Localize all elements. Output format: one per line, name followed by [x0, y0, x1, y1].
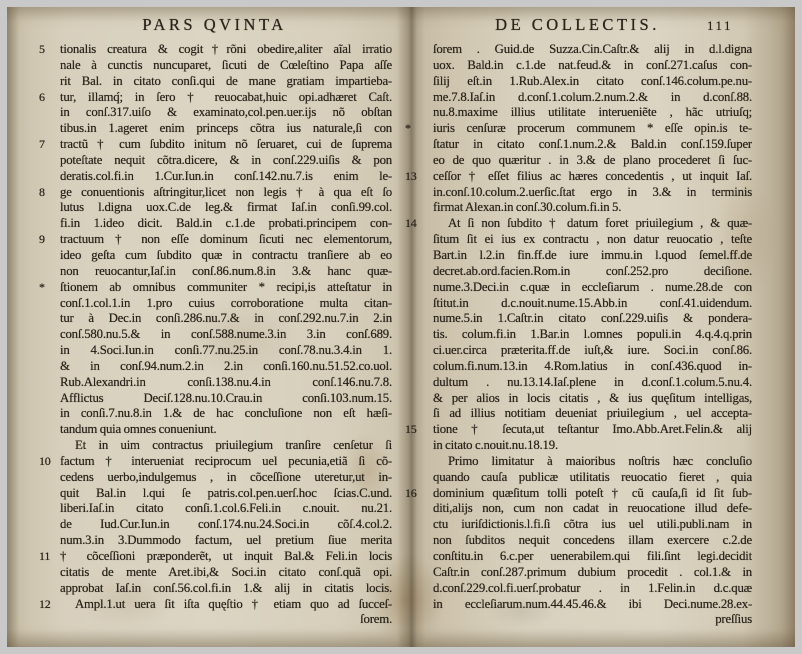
- margin-number: [403, 58, 433, 74]
- line-text: iuris cenſuræ procerum communem * eſſe o…: [433, 121, 752, 137]
- margin-number: [37, 422, 60, 438]
- line-text: ſilij eſt.in 1.Rub.Alex.in citato conſ.1…: [433, 74, 752, 90]
- right-page: DE COLLECTIS. 111 ſorem . Guid.de Suzza.…: [403, 15, 752, 628]
- margin-number: [403, 137, 433, 153]
- scan-frame: PARS QVINTA 5tionalis creatura & cogit†r…: [0, 0, 802, 654]
- margin-number: [403, 74, 433, 90]
- text-line: tibus.in 1.ageret enim princeps cõtra iu…: [37, 121, 392, 137]
- line-text: nale à cunctis nuncuparet, ſicuti de Cœl…: [60, 58, 392, 74]
- margin-number: [37, 153, 60, 169]
- margin-number: [403, 454, 433, 470]
- line-text: in 4.Soci.Iun.in conſi.77.nu.25.in conſ.…: [60, 343, 392, 359]
- text-line: non reuocantur,Iaſ.in conſ.86.num.8.in 3…: [37, 264, 392, 280]
- line-text: in conſi.7.nu.8.in 1.& de hac concluſion…: [60, 406, 392, 422]
- margin-number: 10: [37, 454, 60, 470]
- line-text: liberi.Iaſ.in citato conſi.1.col.6.Feli.…: [60, 501, 392, 517]
- text-line: in 4.Soci.Iun.in conſi.77.nu.25.in conſ.…: [37, 343, 392, 359]
- text-line: colum.fi.num.13.in 4.Rom.latius in conſ.…: [403, 359, 752, 375]
- margin-number: [403, 343, 433, 359]
- margin-number: 15: [403, 422, 433, 438]
- text-line: Afflictus Deciſ.128.nu.10.Crau.in conſi.…: [37, 391, 392, 407]
- margin-number: [403, 565, 433, 581]
- margin-number: [403, 248, 433, 264]
- text-line: in citato c.nouit.nu.18.19.: [403, 438, 752, 454]
- text-line: conſ.580.nu.5.& in conſ.588.nume.3.in 3.…: [37, 327, 392, 343]
- text-line: nume.5.in 1.Caſtr.in citato conſ.229.uiſ…: [403, 311, 752, 327]
- text-line: uox. Bald.in c.1.de nat.feud.& in conſ.2…: [403, 58, 752, 74]
- margin-number: [403, 359, 433, 375]
- text-line: Caſtr.in conſ.287.primum dubium procedit…: [403, 565, 752, 581]
- margin-number: [403, 105, 433, 121]
- text-line: conſtitu.in 6.c.per uenerabilem.qui fili…: [403, 549, 752, 565]
- line-text: tionalis creatura & cogit†rõni obedire,a…: [60, 42, 392, 58]
- margin-number: [37, 406, 60, 422]
- text-line: approbat Iaſ.in conſ.56.col.fi.in 1.& al…: [37, 581, 392, 597]
- line-text: ſi ad illius notitiam deueniat priuilegi…: [433, 406, 752, 422]
- text-line: & per alios in locis citatis , & ius quę…: [403, 391, 752, 407]
- text-line: tur à Dec.in conſi.286.nu.7.& in conſ.29…: [37, 311, 392, 327]
- margin-number: [37, 375, 60, 391]
- text-line: ſilij eſt.in 1.Rub.Alex.in citato conſ.1…: [403, 74, 752, 90]
- right-header-row: DE COLLECTIS. 111: [403, 15, 752, 42]
- text-line: ſitum ſit ei ius ex contractu , non datu…: [403, 232, 752, 248]
- text-line: ſtitut.in d.c.nouit.nume.15.Abb.in conſ.…: [403, 296, 752, 312]
- margin-number: [37, 248, 60, 264]
- margin-number: [403, 232, 433, 248]
- margin-number: [37, 327, 60, 343]
- line-text: tur à Dec.in conſi.286.nu.7.& in conſ.29…: [60, 311, 392, 327]
- text-line: non ſubditos nequit concedens illam exer…: [403, 533, 752, 549]
- text-line: 16dominium quæſitum tolli poteſt † cũ ca…: [403, 486, 752, 502]
- text-line: 5tionalis creatura & cogit†rõni obedire,…: [37, 42, 392, 58]
- text-line: quando cauſa publicæ utilitatis reuocati…: [403, 470, 752, 486]
- margin-number: [403, 501, 433, 517]
- text-line: & in conſ.94.num.2.in 2.in conſi.160.nu.…: [37, 359, 392, 375]
- margin-number: [37, 359, 60, 375]
- line-text: nu.8.maxime illius utilitate interueniẽt…: [433, 105, 752, 121]
- text-line: dultum . nu.13.14.Iaſ.plene in d.conſ.1.…: [403, 375, 752, 391]
- margin-number: [37, 533, 60, 549]
- text-line: fi.in 1.ideo dicit. Bald.in c.1.de proba…: [37, 216, 392, 232]
- line-text: conſ.580.nu.5.& in conſ.588.nume.3.in 3.…: [60, 327, 392, 343]
- line-text: poteſtate nequit cõtra.dicere, & in conſ…: [60, 153, 392, 169]
- margin-number: [37, 565, 60, 581]
- line-text: & in conſ.94.num.2.in 2.in conſi.160.nu.…: [60, 359, 392, 375]
- page-number: 111: [707, 18, 733, 34]
- margin-number: [37, 438, 60, 454]
- line-text: d.conſ.229.col.fi.uerſ.probatur . in 1.F…: [433, 581, 752, 597]
- margin-number: [37, 486, 60, 502]
- line-text: quit Bal.in l.qui ſe patris.col.pen.uerſ…: [60, 486, 392, 502]
- text-line: de Iud.Cur.Iun.in conſ.174.nu.24.Soci.in…: [37, 517, 392, 533]
- text-line: decret.ab.ord.facien.Rom.in conſ.252.pro…: [403, 264, 752, 280]
- line-text: in eccleſiarum.num.44.45.46.& ibi Deci.n…: [433, 597, 752, 613]
- line-text: tibus.in 1.ageret enim princeps cõtra iu…: [60, 121, 392, 137]
- margin-number: [403, 533, 433, 549]
- text-line: *iuris cenſuræ procerum communem * eſſe …: [403, 121, 752, 137]
- line-text: cedens uerbo,indulgemus , in cõceſſione …: [60, 470, 392, 486]
- line-text: num.3.in 3.Dummodo factum, uel pretium ſ…: [60, 533, 392, 549]
- line-text: uox. Bald.in c.1.de nat.feud.& in conſ.2…: [433, 58, 752, 74]
- text-line: in eccleſiarum.num.44.45.46.& ibi Deci.n…: [403, 597, 752, 613]
- margin-number: 9: [37, 232, 60, 248]
- margin-number: [403, 264, 433, 280]
- text-line: *ſtionem ab omnibus communiter * recipi,…: [37, 280, 392, 296]
- margin-number: [37, 58, 60, 74]
- margin-number: [37, 264, 60, 280]
- text-line: nu.8.maxime illius utilitate interueniẽt…: [403, 105, 752, 121]
- text-line: lutus l.digna uox.C.de leg.& firmat Iaſ.…: [37, 200, 392, 216]
- line-text: Bart.in l.2.in fin.ff.de iure immu.in l.…: [433, 248, 752, 264]
- margin-number: 7: [37, 137, 60, 153]
- text-line: ci.uer.circa præterita.ff.de iuſt,& iure…: [403, 343, 752, 359]
- margin-number: [403, 185, 433, 201]
- line-text: & per alios in locis citatis , & ius quę…: [433, 391, 752, 407]
- text-line: diti,alijs non, cum non cadat in reuocat…: [403, 501, 752, 517]
- margin-number: [403, 42, 433, 58]
- line-text: tione † ſecuta,ut teſtantur Imo.Abb.Aret…: [433, 422, 752, 438]
- margin-number: [403, 327, 433, 343]
- book-spread: PARS QVINTA 5tionalis creatura & cogit†r…: [7, 7, 795, 647]
- line-text: † cõceſſioni præponderẽt, ut inquit Bal.…: [60, 549, 392, 565]
- line-text: Et in uim contractus priuilegium tranſir…: [60, 438, 392, 454]
- line-text: conſ.1.col.1.in 1.pro cuius corroboratio…: [60, 296, 392, 312]
- text-line: ctu iuriſdictionis.l.fi.ſi cõtra ius uel…: [403, 517, 752, 533]
- text-line: poteſtate nequit cõtra.dicere, & in conſ…: [37, 153, 392, 169]
- line-text: ideo geſta cum ſubdito quæ in contractu …: [60, 248, 392, 264]
- line-text: ſitum ſit ei ius ex contractu , non datu…: [433, 232, 752, 248]
- text-line: ſtatur in citato conſ.1.num.2.& Bald.in …: [403, 137, 752, 153]
- text-line: in conſi.7.nu.8.in 1.& de hac concluſion…: [37, 406, 392, 422]
- text-line: 6tur, illamq́; in ſero † reuocabat,huic …: [37, 90, 392, 106]
- line-text: Ampl.1.ut uera ſit iſta quęſtio † etiam …: [60, 597, 392, 613]
- text-line: ſorem . Guid.de Suzza.Cin.Caſtr.& alij i…: [403, 42, 752, 58]
- text-line: cedens uerbo,indulgemus , in cõceſſione …: [37, 470, 392, 486]
- margin-number: [403, 296, 433, 312]
- line-text: non ſubditos nequit concedens illam exer…: [433, 533, 752, 549]
- text-line: Rub.Alexandri.in conſi.138.nu.4.in conſ.…: [37, 375, 392, 391]
- text-line: tandum quia omnes conueniunt.: [37, 422, 392, 438]
- margin-number: [403, 470, 433, 486]
- line-text: tur, illamq́; in ſero † reuocabat,huic o…: [60, 90, 392, 106]
- margin-number: 6: [37, 90, 60, 106]
- text-line: 14At ſi non ſubdito † datum foret priuil…: [403, 216, 752, 232]
- text-line: 13ceſſor † eſſet filius ac hæres concede…: [403, 169, 752, 185]
- margin-number: [403, 311, 433, 327]
- margin-number: [37, 121, 60, 137]
- text-line: citatis de mente Aret.ibi,& Soci.in cita…: [37, 565, 392, 581]
- margin-number: [37, 501, 60, 517]
- margin-number: [403, 406, 433, 422]
- text-line: Primo limitatur à maioribus noſtris hæc …: [403, 454, 752, 470]
- margin-number: [37, 311, 60, 327]
- margin-number: 12: [37, 597, 60, 613]
- margin-number: [403, 612, 433, 628]
- text-line: 12Ampl.1.ut uera ſit iſta quęſtio † etia…: [37, 597, 392, 613]
- text-line: deratis.col.fi.in 1.Cur.Iun.in conſ.142.…: [37, 169, 392, 185]
- line-text: quando cauſa publicæ utilitatis reuocati…: [433, 470, 752, 486]
- line-text: fi.in 1.ideo dicit. Bald.in c.1.de proba…: [60, 216, 392, 232]
- line-text: colum.fi.num.13.in 4.Rom.latius in conſ.…: [433, 359, 752, 375]
- margin-number: [403, 153, 433, 169]
- line-text: tractũ † cum ſubdito initum nõ ſeruaret,…: [60, 137, 392, 153]
- left-running-head: PARS QVINTA: [37, 15, 392, 35]
- line-text: preſſius: [433, 612, 752, 628]
- line-text: At ſi non ſubdito † datum foret priuileg…: [433, 216, 752, 232]
- line-text: ſtatur in citato conſ.1.num.2.& Bald.in …: [433, 137, 752, 153]
- line-text: in conſ.317.uiſo & examinato,col.pen.uer…: [60, 105, 392, 121]
- margin-number: [37, 200, 60, 216]
- margin-number: [403, 90, 433, 106]
- text-line: 11† cõceſſioni præponderẽt, ut inquit Ba…: [37, 549, 392, 565]
- line-text: Afflictus Deciſ.128.nu.10.Crau.in conſi.…: [60, 391, 392, 407]
- margin-number: 16: [403, 486, 433, 502]
- margin-number: [37, 105, 60, 121]
- text-line: liberi.Iaſ.in citato conſi.1.col.6.Feli.…: [37, 501, 392, 517]
- margin-number: 14: [403, 216, 433, 232]
- line-text: ſorem . Guid.de Suzza.Cin.Caſtr.& alij i…: [433, 42, 752, 58]
- left-header-row: PARS QVINTA: [37, 15, 392, 42]
- line-text: decret.ab.ord.facien.Rom.in conſ.252.pro…: [433, 264, 752, 280]
- margin-number: 11: [37, 549, 60, 565]
- margin-number: [403, 391, 433, 407]
- right-text-column: ſorem . Guid.de Suzza.Cin.Caſtr.& alij i…: [403, 42, 752, 628]
- line-text: Rub.Alexandri.in conſi.138.nu.4.in conſ.…: [60, 375, 392, 391]
- margin-number: [37, 391, 60, 407]
- margin-number: [37, 612, 60, 628]
- text-line: 15tione † ſecuta,ut teſtantur Imo.Abb.Ar…: [403, 422, 752, 438]
- text-line: 9tractuum † non eſſe dominum ſicuti nec …: [37, 232, 392, 248]
- text-line: preſſius: [403, 612, 752, 628]
- line-text: diti,alijs non, cum non cadat in reuocat…: [433, 501, 752, 517]
- line-text: ceſſor † eſſet filius ac hæres concedent…: [433, 169, 752, 185]
- text-line: eo de quo quæritur . in 3.& de plano pro…: [403, 153, 752, 169]
- margin-number: [403, 597, 433, 613]
- line-text: nume.3.Deci.in c.quæ in eccleſiarum . nu…: [433, 280, 752, 296]
- margin-number: [403, 375, 433, 391]
- text-line: in.conſ.10.colum.2.uerſic.ſtat ergo in 3…: [403, 185, 752, 201]
- line-text: firmat Alexan.in conſ.30.colum.fi.in 5.: [433, 200, 752, 216]
- line-text: ſtionem ab omnibus communiter * recipi,i…: [60, 280, 392, 296]
- line-text: tandum quia omnes conueniunt.: [60, 422, 392, 438]
- text-line: nume.3.Deci.in c.quæ in eccleſiarum . nu…: [403, 280, 752, 296]
- text-line: firmat Alexan.in conſ.30.colum.fi.in 5.: [403, 200, 752, 216]
- margin-number: [403, 438, 433, 454]
- line-text: me.7.8.Iaſ.in d.conſ.1.colum.2.num.2.& i…: [433, 90, 752, 106]
- margin-number: [37, 581, 60, 597]
- text-line: ideo geſta cum ſubdito quæ in contractu …: [37, 248, 392, 264]
- text-line: d.conſ.229.col.fi.uerſ.probatur . in 1.F…: [403, 581, 752, 597]
- line-text: factum † interueniat reciprocum uel pecu…: [60, 454, 392, 470]
- margin-number: [37, 216, 60, 232]
- line-text: rit Bal. in citato conſi.qui de mane gra…: [60, 74, 392, 90]
- margin-number: [403, 517, 433, 533]
- line-text: Primo limitatur à maioribus noſtris hæc …: [433, 454, 752, 470]
- text-line: 7tractũ † cum ſubdito initum nõ ſeruaret…: [37, 137, 392, 153]
- text-line: conſ.1.col.1.in 1.pro cuius corroboratio…: [37, 296, 392, 312]
- text-line: nale à cunctis nuncuparet, ſicuti de Cœl…: [37, 58, 392, 74]
- line-text: non reuocantur,Iaſ.in conſ.86.num.8.in 3…: [60, 264, 392, 280]
- line-text: ge conuentionis aſtringitur,licet non le…: [60, 185, 392, 201]
- text-line: tis. colum.fi.in 1.Bar.in l.omnes populi…: [403, 327, 752, 343]
- text-line: 8ge conuentionis aſtringitur,licet non l…: [37, 185, 392, 201]
- margin-number: 5: [37, 42, 60, 58]
- text-line: ſorem.: [37, 612, 392, 628]
- line-text: tractuum † non eſſe dominum ſicuti nec e…: [60, 232, 392, 248]
- line-text: lutus l.digna uox.C.de leg.& firmat Iaſ.…: [60, 200, 392, 216]
- margin-number: [37, 343, 60, 359]
- line-text: tis. colum.fi.in 1.Bar.in l.omnes populi…: [433, 327, 752, 343]
- line-text: de Iud.Cur.Iun.in conſ.174.nu.24.Soci.in…: [60, 517, 392, 533]
- text-line: Bart.in l.2.in fin.ff.de iure immu.in l.…: [403, 248, 752, 264]
- line-text: dultum . nu.13.14.Iaſ.plene in d.conſ.1.…: [433, 375, 752, 391]
- line-text: citatis de mente Aret.ibi,& Soci.in cita…: [60, 565, 392, 581]
- margin-number: *: [37, 280, 60, 296]
- line-text: in citato c.nouit.nu.18.19.: [433, 438, 752, 454]
- margin-number: [403, 200, 433, 216]
- margin-number: 8: [37, 185, 60, 201]
- margin-number: 13: [403, 169, 433, 185]
- margin-number: [403, 581, 433, 597]
- line-text: ci.uer.circa præterita.ff.de iuſt,& iure…: [433, 343, 752, 359]
- margin-number: [37, 169, 60, 185]
- line-text: dominium quæſitum tolli poteſt † cũ cauſ…: [433, 486, 752, 502]
- left-page: PARS QVINTA 5tionalis creatura & cogit†r…: [37, 15, 392, 628]
- right-running-head: DE COLLECTIS.: [403, 15, 752, 35]
- line-text: Caſtr.in conſ.287.primum dubium procedit…: [433, 565, 752, 581]
- line-text: ctu iuriſdictionis.l.fi.ſi cõtra ius uel…: [433, 517, 752, 533]
- line-text: ſorem.: [60, 612, 392, 628]
- line-text: deratis.col.fi.in 1.Cur.Iun.in conſ.142.…: [60, 169, 392, 185]
- margin-number: [37, 296, 60, 312]
- line-text: ſtitut.in d.c.nouit.nume.15.Abb.in conſ.…: [433, 296, 752, 312]
- text-line: 10factum † interueniat reciprocum uel pe…: [37, 454, 392, 470]
- margin-number: *: [403, 121, 433, 137]
- text-line: quit Bal.in l.qui ſe patris.col.pen.uerſ…: [37, 486, 392, 502]
- margin-number: [403, 549, 433, 565]
- text-line: Et in uim contractus priuilegium tranſir…: [37, 438, 392, 454]
- margin-number: [37, 517, 60, 533]
- margin-number: [37, 74, 60, 90]
- line-text: in.conſ.10.colum.2.uerſic.ſtat ergo in 3…: [433, 185, 752, 201]
- text-line: in conſ.317.uiſo & examinato,col.pen.uer…: [37, 105, 392, 121]
- line-text: nume.5.in 1.Caſtr.in citato conſ.229.uiſ…: [433, 311, 752, 327]
- line-text: conſtitu.in 6.c.per uenerabilem.qui fili…: [433, 549, 752, 565]
- margin-number: [37, 470, 60, 486]
- margin-number: [403, 280, 433, 296]
- text-line: num.3.in 3.Dummodo factum, uel pretium ſ…: [37, 533, 392, 549]
- text-line: rit Bal. in citato conſi.qui de mane gra…: [37, 74, 392, 90]
- left-text-column: 5tionalis creatura & cogit†rõni obedire,…: [37, 42, 392, 628]
- line-text: approbat Iaſ.in conſ.56.col.fi.in 1.& al…: [60, 581, 392, 597]
- text-line: me.7.8.Iaſ.in d.conſ.1.colum.2.num.2.& i…: [403, 90, 752, 106]
- line-text: eo de quo quæritur . in 3.& de plano pro…: [433, 153, 752, 169]
- text-line: ſi ad illius notitiam deueniat priuilegi…: [403, 406, 752, 422]
